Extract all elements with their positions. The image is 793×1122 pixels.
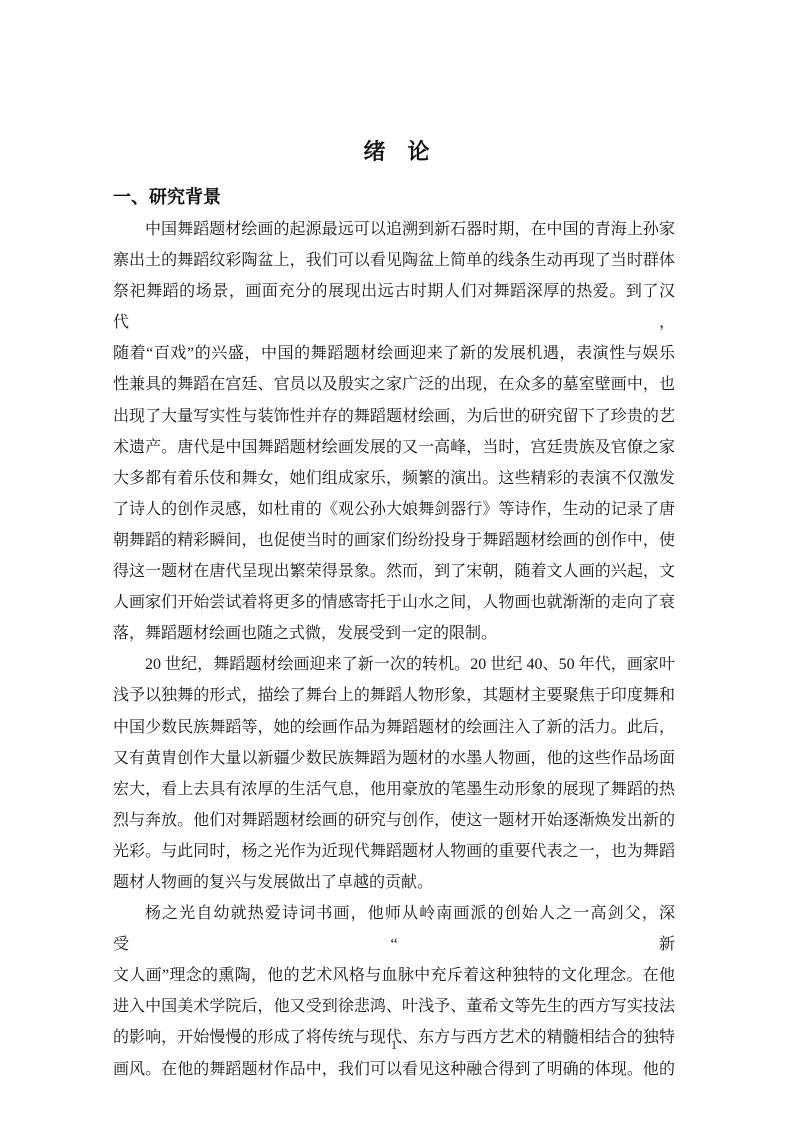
text-line: 随着“百戏”的兴盛，中国的舞蹈题材绘画迎来了新的发展机遇，表演性与娱乐 <box>113 338 675 369</box>
text-line: 烈与奔放。他们对舞蹈题材绘画的研究与创作，使这一题材开始逐渐焕发出新的 <box>113 805 675 836</box>
text-line: 光彩。与此同时，杨之光作为近现代舞蹈题材人物画的重要代表之一，也为舞蹈 <box>113 836 675 867</box>
text-line: 中国少数民族舞蹈等，她的绘画作品为舞蹈题材的绘画注入了新的活力。此后， <box>113 712 675 743</box>
text-line: 朝舞蹈的精彩瞬间，也促使当时的画家们纷纷投身于舞蹈题材绘画的创作中，使 <box>113 525 675 556</box>
text-line: 20 世纪，舞蹈题材绘画迎来了新一次的转机。20 世纪 40、50 年代，画家叶 <box>113 649 675 680</box>
text-line: 寨出土的舞蹈纹彩陶盆上，我们可以看见陶盆上简单的线条生动再现了当时群体 <box>113 245 675 276</box>
document-page: 绪 论 一、研究背景 中国舞蹈题材绘画的起源最远可以追溯到新石器时期，在中国的青… <box>0 0 793 1122</box>
text-line: 题材人物画的复兴与发展做出了卓越的贡献。 <box>113 867 675 898</box>
body-text: 中国舞蹈题材绘画的起源最远可以追溯到新石器时期，在中国的青海上孙家 寨出土的舞蹈… <box>113 214 675 1085</box>
text-line: 画风。在他的舞蹈题材作品中，我们可以看见这种融合得到了明确的体现。他的 <box>113 1054 675 1085</box>
section-heading-research-background: 一、研究背景 <box>113 186 221 208</box>
text-line: 性兼具的舞蹈在宫廷、官员以及殷实之家广泛的出现，在众多的墓室壁画中，也 <box>113 369 675 400</box>
text-line: 落，舞蹈题材绘画也随之式微，发展受到一定的限制。 <box>113 618 675 649</box>
text-line: 浅予以独舞的形式，描绘了舞台上的舞蹈人物形象，其题材主要聚焦于印度舞和 <box>113 680 675 711</box>
text-line: 杨之光自幼就热爱诗词书画，他师从岭南画派的创始人之一高剑父，深受“新 <box>113 898 675 960</box>
paragraph-1: 中国舞蹈题材绘画的起源最远可以追溯到新石器时期，在中国的青海上孙家 寨出土的舞蹈… <box>113 214 675 649</box>
text-line: 得这一题材在唐代呈现出繁荣得景象。然而，到了宋朝，随着文人画的兴起，文 <box>113 556 675 587</box>
page-number: 1 <box>113 1036 675 1053</box>
text-line: 宏大，看上去具有浓厚的生活气息，他用豪放的笔墨生动形象的展现了舞蹈的热 <box>113 774 675 805</box>
document-title: 绪 论 <box>0 139 793 165</box>
text-line: 中国舞蹈题材绘画的起源最远可以追溯到新石器时期，在中国的青海上孙家 <box>113 214 675 245</box>
paragraph-2: 20 世纪，舞蹈题材绘画迎来了新一次的转机。20 世纪 40、50 年代，画家叶… <box>113 649 675 898</box>
text-line: 大多都有着乐伎和舞女，她们组成家乐，频繁的演出。这些精彩的表演不仅激发 <box>113 463 675 494</box>
text-line: 又有黄胄创作大量以新疆少数民族舞蹈为题材的水墨人物画，他的这些作品场面 <box>113 743 675 774</box>
text-line: 术遗产。唐代是中国舞蹈题材绘画发展的又一高峰，当时，宫廷贵族及官僚之家 <box>113 432 675 463</box>
text-line: 进入中国美术学院后，他又受到徐悲鸿、叶浅予、董希文等先生的西方写实技法 <box>113 991 675 1022</box>
text-line: 祭祀舞蹈的场景，画面充分的展现出远古时期人们对舞蹈深厚的热爱。到了汉代， <box>113 276 675 338</box>
text-line: 人画家们开始尝试着将更多的情感寄托于山水之间，人物画也就渐渐的走向了衰 <box>113 587 675 618</box>
text-line: 了诗人的创作灵感，如杜甫的《观公孙大娘舞剑器行》等诗作，生动的记录了唐 <box>113 494 675 525</box>
text-line: 文人画”理念的熏陶，他的艺术风格与血脉中充斥着这种独特的文化理念。在他 <box>113 960 675 991</box>
paragraph-3: 杨之光自幼就热爱诗词书画，他师从岭南画派的创始人之一高剑父，深受“新 文人画”理… <box>113 898 675 1085</box>
text-line: 出现了大量写实性与装饰性并存的舞蹈题材绘画，为后世的研究留下了珍贵的艺 <box>113 401 675 432</box>
